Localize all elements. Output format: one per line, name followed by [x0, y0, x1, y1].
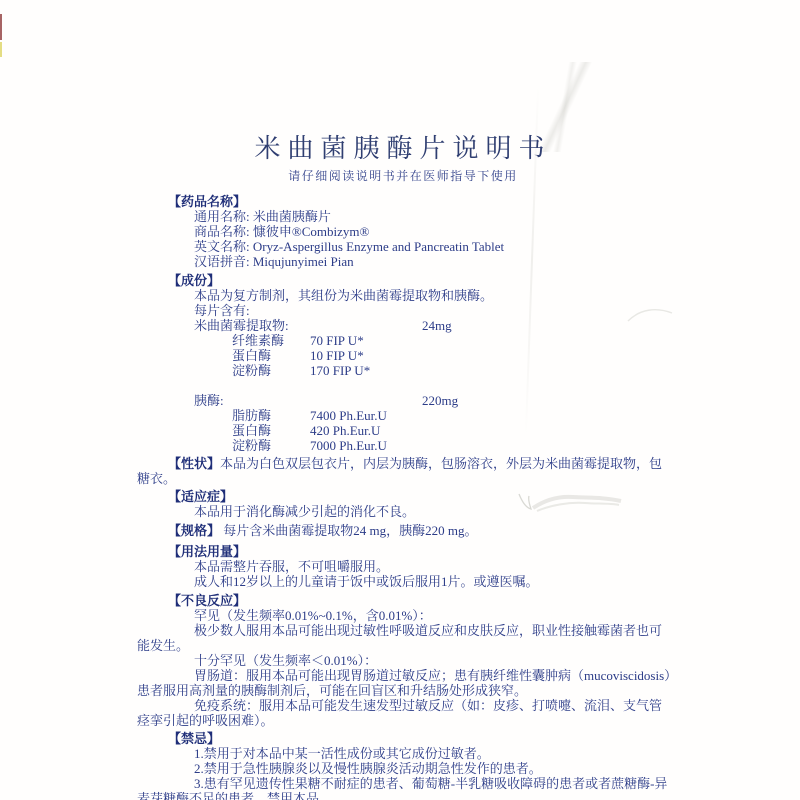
- section-properties-line2: 糖衣。: [137, 471, 669, 486]
- indications-text: 本品用于消化酶减少引起的消化不良。: [194, 504, 669, 519]
- composition-group-pancreatin: 胰酶: 220mg: [194, 393, 669, 408]
- enzyme-name: 纤维素酶: [232, 333, 310, 348]
- adverse-line: 能发生。: [137, 638, 669, 653]
- adverse-line: 痉挛引起的呼吸困难）。: [137, 713, 669, 728]
- composition-group-amount: 24mg: [422, 318, 452, 333]
- enzyme-activity: 420 Ph.Eur.U: [310, 423, 380, 438]
- enzyme-name: 淀粉酶: [232, 438, 310, 453]
- section-header-properties: 【性状】: [168, 456, 220, 471]
- pinyin-name-line: 汉语拼音: Miqujunyimei Pian: [194, 254, 669, 269]
- enzyme-name: 蛋白酶: [232, 423, 310, 438]
- enzyme-activity: 170 FIP U*: [310, 363, 370, 378]
- section-header-indications: 【适应症】: [168, 489, 669, 504]
- scan-edge-mark-yellow: [0, 42, 2, 57]
- composition-per-tablet: 每片含有:: [194, 303, 669, 318]
- enzyme-name: 淀粉酶: [232, 363, 310, 378]
- composition-row: 淀粉酶 7000 Ph.Eur.U: [232, 438, 669, 453]
- dosage-line: 成人和12岁以上的儿童请于饭中或饭后服用1片。或遵医嘱。: [194, 574, 669, 589]
- composition-group-name: 胰酶:: [194, 393, 422, 408]
- generic-name-line: 通用名称: 米曲菌胰酶片: [194, 209, 669, 224]
- section-header-strength: 【规格】: [168, 523, 220, 538]
- section-header-composition: 【成份】: [168, 273, 669, 288]
- section-properties-line1: 【性状】本品为白色双层包衣片，内层为胰酶，包肠溶衣，外层为米曲菌霉提取物，包: [168, 456, 669, 471]
- page-title: 米曲菌胰酶片说明书: [137, 0, 669, 164]
- contraindication-line: 麦芽糖酶不足的患者，禁用本品。: [137, 791, 669, 800]
- english-name-line: 英文名称: Oryz-Aspergillus Enzyme and Pancre…: [194, 239, 669, 254]
- composition-row: 脂肪酶 7400 Ph.Eur.U: [232, 408, 669, 423]
- dosage-line: 本品需整片吞服，不可咀嚼服用。: [194, 559, 669, 574]
- section-header-drug-names: 【药品名称】: [168, 194, 669, 209]
- adverse-line: 罕见（发生频率0.01%~0.1%，含0.01%）：: [194, 608, 669, 623]
- contraindication-line: 3.患有罕见遗传性果糖不耐症的患者、葡萄糖-半乳糖吸收障碍的患者或者蔗糖酶-异: [194, 776, 669, 791]
- adverse-line: 极少数人服用本品可能出现过敏性呼吸道反应和皮肤反应，职业性接触霉菌者也可: [194, 623, 669, 638]
- composition-intro: 本品为复方制剂，其组份为米曲菌霉提取物和胰酶。: [194, 288, 669, 303]
- section-header-adverse-reactions: 【不良反应】: [168, 593, 669, 608]
- scan-edge-mark-red: [0, 14, 2, 40]
- contraindication-line: 1.禁用于对本品中某一活性成份或其它成份过敏者。: [194, 746, 669, 761]
- composition-row: 蛋白酶 420 Ph.Eur.U: [232, 423, 669, 438]
- section-header-contraindications: 【禁忌】: [168, 731, 669, 746]
- composition-row: 淀粉酶 170 FIP U*: [232, 363, 669, 378]
- enzyme-name: 蛋白酶: [232, 348, 310, 363]
- enzyme-activity: 7400 Ph.Eur.U: [310, 408, 387, 423]
- enzyme-activity: 70 FIP U*: [310, 333, 364, 348]
- composition-group-name: 米曲菌霉提取物:: [194, 318, 422, 333]
- enzyme-name: 脂肪酶: [232, 408, 310, 423]
- adverse-line: 免疫系统：服用本品可能发生速发型过敏反应（如：皮疹、打喷嚏、流泪、支气管: [194, 698, 669, 713]
- properties-text: 本品为白色双层包衣片，内层为胰酶，包肠溶衣，外层为米曲菌霉提取物，包: [220, 456, 662, 471]
- section-header-dosage: 【用法用量】: [168, 544, 669, 559]
- strength-text: 每片含米曲菌霉提取物24 mg，胰酶220 mg。: [223, 523, 477, 538]
- section-strength-line: 【规格】 每片含米曲菌霉提取物24 mg，胰酶220 mg。: [168, 523, 669, 538]
- leaflet-content: 米曲菌胰酶片说明书 请仔细阅读说明书并在医师指导下使用 【药品名称】 通用名称:…: [137, 0, 669, 800]
- enzyme-activity: 10 FIP U*: [310, 348, 364, 363]
- composition-row: 蛋白酶 10 FIP U*: [232, 348, 669, 363]
- adverse-line: 胃肠道：服用本品可能出现胃肠道过敏反应；患有胰纤维性囊肿病（mucoviscid…: [194, 668, 669, 683]
- contraindication-line: 2.禁用于急性胰腺炎以及慢性胰腺炎活动期急性发作的患者。: [194, 761, 669, 776]
- page-subtitle: 请仔细阅读说明书并在医师指导下使用: [137, 168, 669, 184]
- leaflet-page: 米曲菌胰酶片说明书 请仔细阅读说明书并在医师指导下使用 【药品名称】 通用名称:…: [0, 0, 800, 800]
- brand-name-line: 商品名称: 慷彼申®Combizym®: [194, 224, 669, 239]
- adverse-line: 患者服用高剂量的胰酶制剂后，可能在回盲区和升结肠处形成狭窄。: [137, 683, 669, 698]
- composition-group-amount: 220mg: [422, 393, 458, 408]
- enzyme-activity: 7000 Ph.Eur.U: [310, 438, 387, 453]
- composition-group-extract: 米曲菌霉提取物: 24mg: [194, 318, 669, 333]
- adverse-line: 十分罕见（发生频率＜0.01%）：: [194, 653, 669, 668]
- composition-row: 纤维素酶 70 FIP U*: [232, 333, 669, 348]
